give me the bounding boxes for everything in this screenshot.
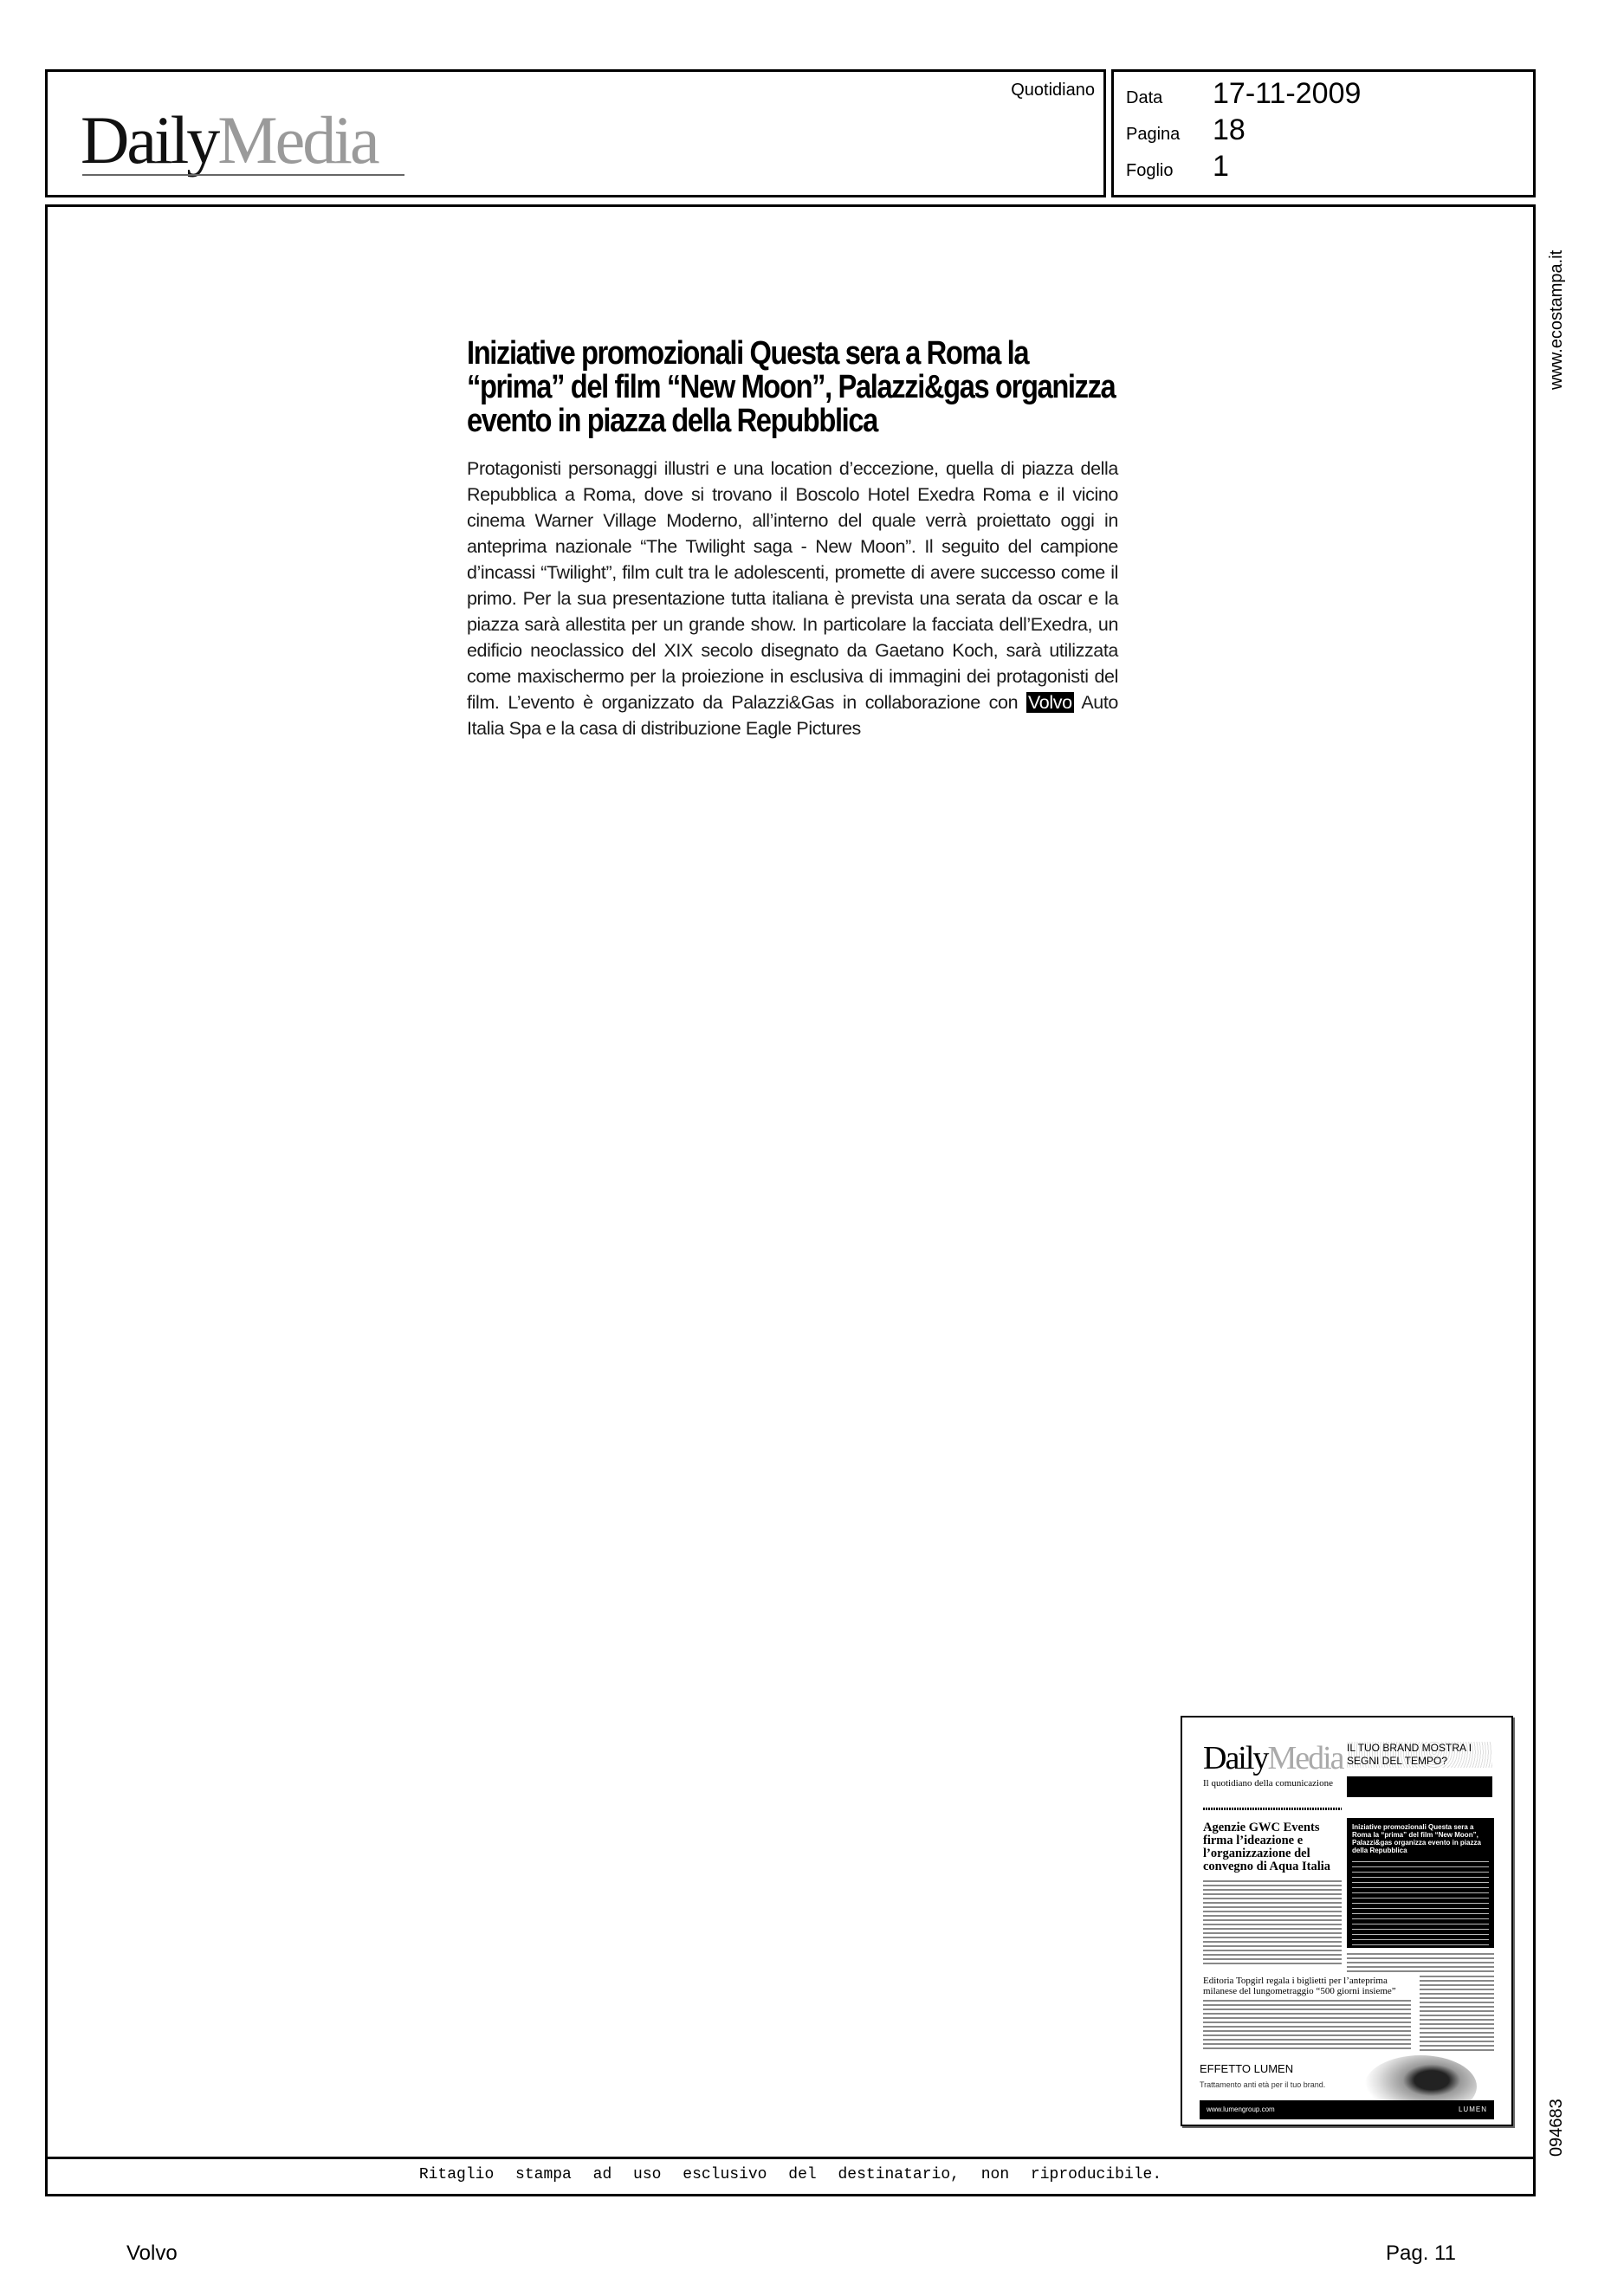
thumbnail-subtitle: Il quotidiano della comunicazione — [1203, 1778, 1333, 1789]
highlighted-keyword: Volvo — [1026, 692, 1074, 713]
info-value: 1 — [1213, 150, 1229, 184]
masthead-box: DailyMedia Quotidiano — [45, 69, 1106, 197]
side-code: 094683 — [1546, 2035, 1572, 2157]
thumbnail-headline-second: Editoria Topgirl regala i biglietti per … — [1203, 1976, 1411, 1996]
thumbnail-text-column — [1203, 2000, 1411, 2052]
page-thumbnail: DailyMedia Il quotidiano della comunicaz… — [1181, 1716, 1513, 2126]
thumbnail-text-column — [1420, 1976, 1494, 2052]
article: Iniziative promozionali Questa sera a Ro… — [467, 337, 1118, 760]
issue-info-box: Data 17-11-2009 Pagina 18 Foglio 1 — [1111, 69, 1536, 197]
thumbnail-headline-left: Agenzie GWC Events firma l’ideazione e l… — [1203, 1821, 1342, 1873]
article-headline: Iniziative promozionali Questa sera a Ro… — [467, 337, 1119, 438]
footer-page-number: Pag. 11 — [1386, 2241, 1456, 2266]
info-label: Pagina — [1126, 125, 1213, 145]
info-row-date: Data 17-11-2009 — [1126, 77, 1361, 111]
thumbnail-dark-lines — [1352, 1861, 1489, 1948]
footer-keyword: Volvo — [126, 2241, 178, 2266]
thumbnail-ad-top: IL TUO BRAND MOSTRA I SEGNI DEL TEMPO? — [1347, 1742, 1492, 1811]
thumbnail-text-column — [1347, 1953, 1494, 1972]
info-label: Data — [1126, 88, 1213, 108]
article-body: Protagonisti personaggi illustri e una l… — [467, 456, 1118, 741]
info-row-page: Pagina 18 — [1126, 113, 1245, 147]
thumbnail-highlighted-article: Iniziative promozionali Questa sera a Ro… — [1347, 1818, 1494, 1948]
info-value: 18 — [1213, 113, 1245, 147]
thumbnail-ad-bar — [1347, 1776, 1492, 1797]
disclaimer-strip: Ritaglio stampa ad uso esclusivo del des… — [48, 2157, 1533, 2194]
info-value: 17-11-2009 — [1213, 77, 1361, 111]
publication-type: Quotidiano — [1011, 81, 1095, 100]
logo-underline — [82, 174, 404, 176]
info-row-sheet: Foglio 1 — [1126, 150, 1229, 184]
thumbnail-rule — [1203, 1808, 1342, 1810]
thumbnail-ad-url-bar: www.lumengroup.com LUMEN — [1200, 2100, 1494, 2119]
thumbnail-text-column — [1203, 1880, 1342, 1967]
dailymedia-logo: DailyMedia — [81, 107, 378, 174]
side-url: www.ecostampa.it — [1546, 217, 1572, 390]
info-label: Foglio — [1126, 161, 1213, 181]
clipping-frame: Iniziative promozionali Questa sera a Ro… — [45, 204, 1536, 2196]
thumbnail-logo: DailyMedia — [1203, 1742, 1343, 1775]
